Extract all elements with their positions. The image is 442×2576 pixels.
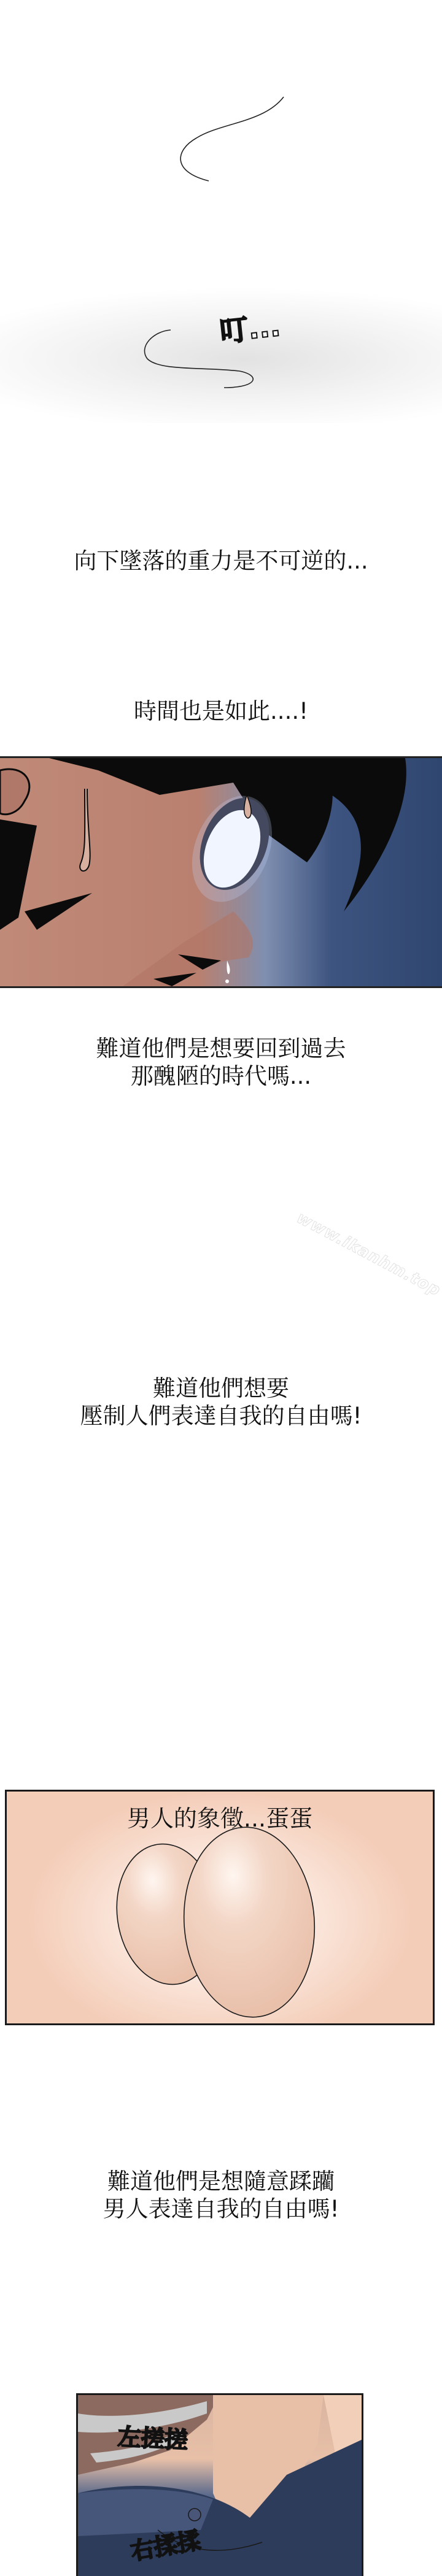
caption-suppress-line1: 難道他們想要 (0, 1375, 442, 1402)
caption-return-past-line2: 那醜陋的時代嗎... (0, 1063, 442, 1090)
face-illustration (0, 758, 442, 986)
egg-right (177, 1823, 320, 2022)
caption-trample-line1: 難道他們是想隨意蹂躪 (0, 2168, 442, 2195)
eggs-illustration (7, 1792, 433, 2023)
swirl-line-bottom (0, 0, 442, 429)
panel-face-closeup (0, 756, 442, 988)
sfx-ding: 叮... (218, 304, 282, 350)
sfx-left-rub: 左搓搓 (117, 2418, 189, 2455)
caption-trample-line2: 男人表達自我的自由嗎! (0, 2196, 442, 2223)
panel-rubbing: 左搓搓 右揉揉 (76, 2393, 363, 2576)
caption-gravity: 向下墜落的重力是不可逆的... (0, 548, 442, 575)
caption-suppress-line2: 壓制人們表達自我的自由嗎! (0, 1403, 442, 1430)
watermark: www.ikanhm.top (293, 1209, 442, 1300)
caption-time: 時間也是如此....! (0, 698, 442, 725)
panel-eggs: 男人的象徵...蛋蛋 (5, 1790, 435, 2025)
caption-return-past-line1: 難道他們是想要回到過去 (0, 1035, 442, 1062)
